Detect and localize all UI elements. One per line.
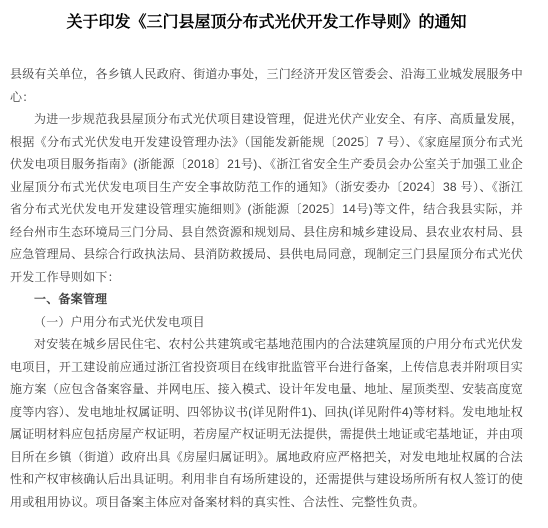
document-title: 关于印发《三门县屋顶分布式光伏开发工作导则》的通知 <box>10 13 523 33</box>
paragraph-household-pv-filing-requirements: 对安装在城乡居民住宅、农村公共建筑或宅基地范围内的合法建筑屋顶的户用分布式光伏发… <box>10 333 523 513</box>
paragraph-salutation: 县级有关单位，各乡镇人民政府、街道办事处，三门经济开发区管委会、沿海工业城发展服… <box>10 63 523 108</box>
paragraph-intro: 为进一步规范我县屋顶分布式光伏项目建设管理，促进光伏产业安全、有序、高质量发展，… <box>10 108 523 288</box>
document-page: 关于印发《三门县屋顶分布式光伏开发工作导则》的通知 县级有关单位，各乡镇人民政府… <box>0 0 548 528</box>
section-heading-filing-management: 一、备案管理 <box>10 288 523 311</box>
subsection-heading-household-pv-projects: （一）户用分布式光伏发电项目 <box>10 311 523 334</box>
